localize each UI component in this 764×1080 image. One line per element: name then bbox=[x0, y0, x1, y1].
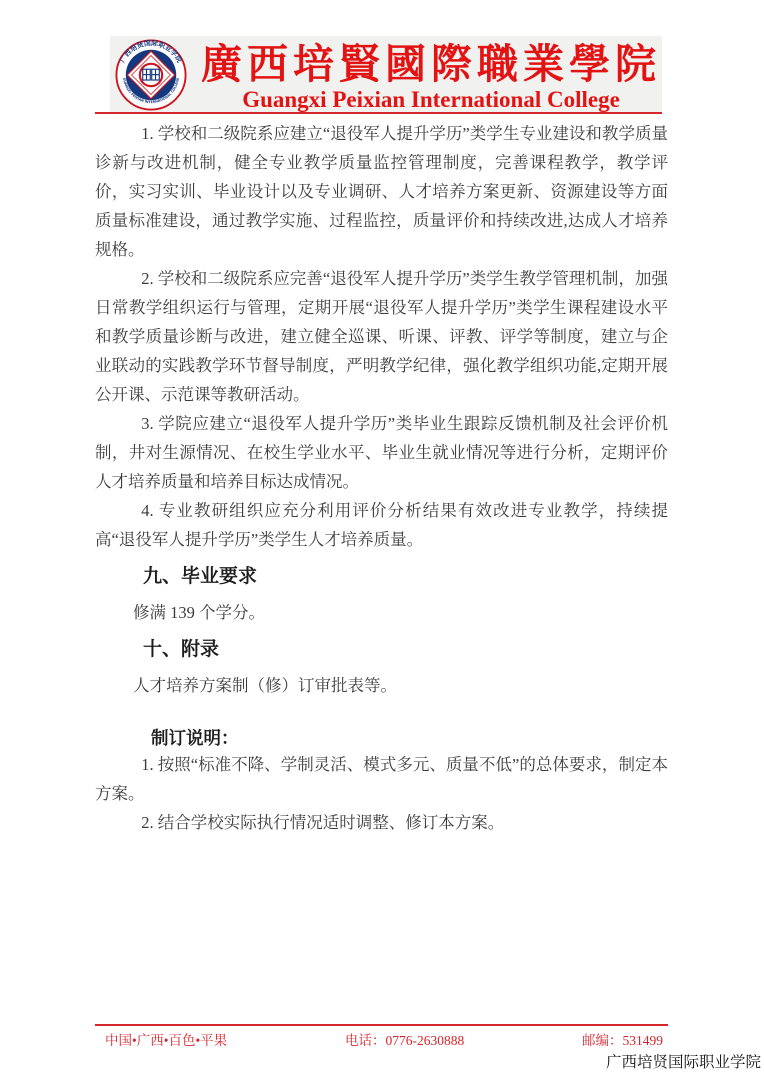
note-item-1: 1. 按照“标准不降、学制灵活、模式多元、质量不低”的总体要求，制定本方案。 bbox=[95, 750, 668, 808]
footer-region: 中国•广西•百色•平果 bbox=[105, 1029, 227, 1049]
body-paragraph-1: 1. 学校和二级院系应建立“退役军人提升学历”类学生专业建设和教学质量诊新与改进… bbox=[95, 119, 668, 264]
document-page: 广西培贤国际职业学院 GUANGXI PEIXIAN INTERNATIONAL… bbox=[0, 0, 764, 1080]
college-titles: 廣西培賢國際職業學院 Guangxi Peixian International… bbox=[200, 42, 662, 112]
section-text-appendix: 人才培养方案制（修）订审批表等。 bbox=[133, 671, 668, 700]
section-heading-appendix: 十、附录 bbox=[143, 637, 668, 662]
college-title-en: Guangxi Peixian International College bbox=[200, 87, 662, 112]
body-paragraph-2: 2. 学校和二级院系应完善“退役军人提升学历”类学生教学管理机制，加强日常教学组… bbox=[95, 264, 668, 409]
section-heading-graduation-requirements: 九、毕业要求 bbox=[143, 564, 668, 589]
section-text-graduation-requirements: 修满 139 个学分。 bbox=[133, 598, 668, 627]
college-title-zh: 廣西培賢國際職業學院 bbox=[200, 42, 662, 86]
footer-rule bbox=[95, 1024, 668, 1026]
footer-phone: 电话：0776-2630888 bbox=[345, 1029, 464, 1049]
footer-college-name: 广西培贤国际职业学院 bbox=[606, 1050, 761, 1072]
college-seal-logo: 广西培贤国际职业学院 GUANGXI PEIXIAN INTERNATIONAL… bbox=[115, 39, 187, 111]
body-paragraph-3: 3. 学院应建立“退役军人提升学历”类毕业生跟踪反馈机制及社会评价机制，井对生源… bbox=[95, 409, 668, 496]
notes-heading: 制订说明： bbox=[151, 726, 668, 750]
footer-postal-code: 邮编：531499 bbox=[582, 1029, 663, 1049]
document-body: 1. 学校和二级院系应建立“退役军人提升学历”类学生专业建设和教学质量诊新与改进… bbox=[95, 119, 668, 837]
note-item-2: 2. 结合学校实际执行情况适时调整、修订本方案。 bbox=[95, 808, 668, 837]
body-paragraph-4: 4. 专业教研组织应充分利用评价分析结果有效改进专业教学，持续提高“退役军人提升… bbox=[95, 496, 668, 554]
header-rule bbox=[95, 112, 662, 114]
footer-contact-row: 中国•广西•百色•平果 电话：0776-2630888 邮编：531499 bbox=[105, 1029, 663, 1049]
